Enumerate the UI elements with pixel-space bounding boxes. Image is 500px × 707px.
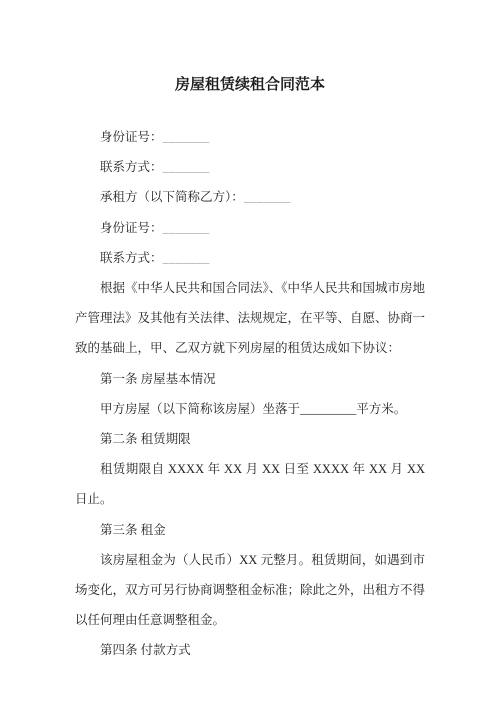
form-field-line: 联系方式：_______	[75, 152, 425, 182]
paragraph-text: 第四条 付款方式	[100, 643, 191, 657]
blank-underline: _______	[163, 251, 210, 265]
body-paragraph: 根据《中华人民共和国合同法》、《中华人民共和国城市房地产管理法》及其他有关法律、…	[75, 273, 425, 364]
form-field-line: 联系方式：_______	[75, 243, 425, 273]
paragraph-text: 第一条 房屋基本情况	[100, 372, 216, 386]
section-heading: 第二条 租赁期限	[75, 424, 425, 454]
paragraph-text: 身份证号：	[100, 221, 163, 235]
paragraph-text: 第三条 租金	[100, 523, 166, 537]
paragraph-text: 联系方式：	[100, 251, 163, 265]
paragraph-text: 甲方房屋（以下简称该房屋）坐落于_________平方米。	[100, 402, 406, 416]
contract-document: 房屋租赁续租合同范本 身份证号：_______联系方式：_______承租方（以…	[0, 0, 500, 666]
document-body: 身份证号：_______联系方式：_______承租方（以下简称乙方）：____…	[75, 122, 425, 666]
blank-underline: _______	[163, 130, 210, 144]
paragraph-text: 联系方式：	[100, 160, 163, 174]
blank-underline: _______	[244, 190, 291, 204]
document-page: 房屋租赁续租合同范本 身份证号：_______联系方式：_______承租方（以…	[0, 0, 500, 707]
document-title: 房屋租赁续租合同范本	[75, 70, 425, 100]
paragraph-text: 租赁期限自 XXXX 年 XX 月 XX 日至 XXXX 年 XX 月 XX 日…	[75, 462, 425, 506]
paragraph-text: 承租方（以下简称乙方）：	[100, 190, 244, 204]
body-paragraph: 该房屋租金为（人民币）XX 元整月。租赁期间，如遇到市场变化，双方可另行协商调整…	[75, 545, 425, 636]
section-heading: 第四条 付款方式	[75, 635, 425, 665]
paragraph-text: 该房屋租金为（人民币）XX 元整月。租赁期间，如遇到市场变化，双方可另行协商调整…	[75, 553, 425, 627]
blank-underline: _______	[163, 160, 210, 174]
body-paragraph: 甲方房屋（以下简称该房屋）坐落于_________平方米。	[75, 394, 425, 424]
paragraph-text: 根据《中华人民共和国合同法》、《中华人民共和国城市房地产管理法》及其他有关法律、…	[75, 281, 425, 355]
form-field-line: 身份证号：_______	[75, 122, 425, 152]
body-paragraph: 租赁期限自 XXXX 年 XX 月 XX 日至 XXXX 年 XX 月 XX 日…	[75, 454, 425, 514]
section-heading: 第一条 房屋基本情况	[75, 364, 425, 394]
form-field-line: 身份证号：_______	[75, 213, 425, 243]
paragraph-text: 身份证号：	[100, 130, 163, 144]
form-field-line: 承租方（以下简称乙方）：_______	[75, 182, 425, 212]
paragraph-text: 第二条 租赁期限	[100, 432, 191, 446]
blank-underline: _______	[163, 221, 210, 235]
section-heading: 第三条 租金	[75, 515, 425, 545]
